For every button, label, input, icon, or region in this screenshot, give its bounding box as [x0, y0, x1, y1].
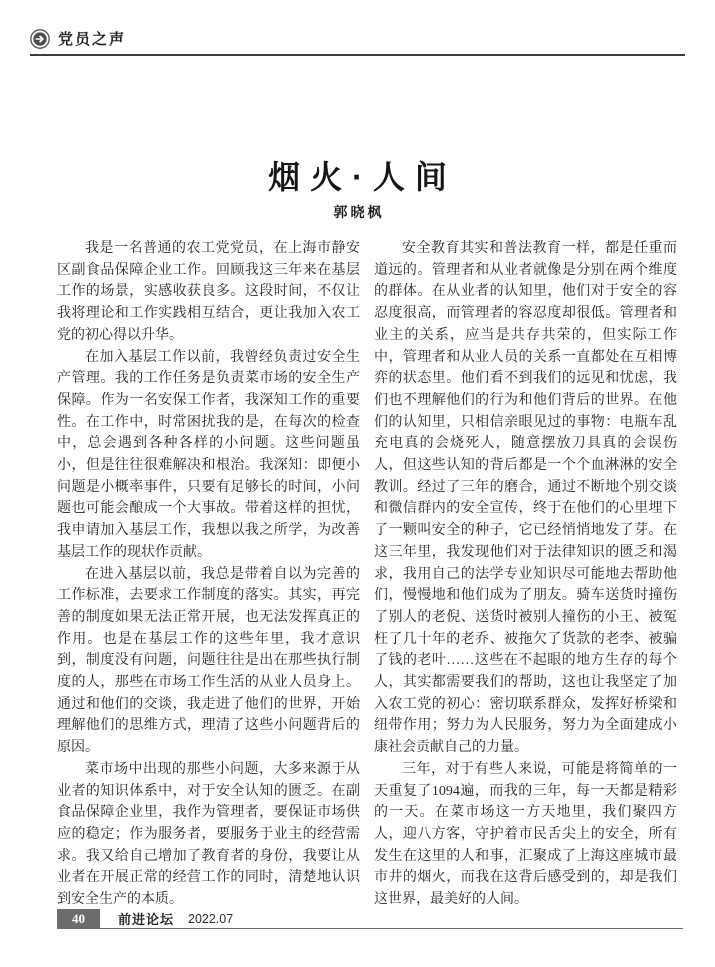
- article-paragraph: 我是一名普通的农工党党员，在上海市静安区副食品保障企业工作。回顾我这三年来在基层…: [57, 238, 360, 347]
- magazine-page: 党员之声 烟火·人间 郭晓枫 我是一名普通的农工党党员，在上海市静安区副食品保障…: [0, 0, 715, 967]
- page-number-badge: 40: [57, 909, 100, 928]
- article-paragraph: 菜市场中出现的那些小问题，大多来源于从业者的知识体系中，对于安全认知的匮乏。在副…: [57, 759, 360, 911]
- article-title: 烟火·人间: [0, 152, 715, 198]
- page-footer: 40 前进论坛 2022.07: [57, 909, 683, 929]
- article-body: 我是一名普通的农工党党员，在上海市静安区副食品保障企业工作。回顾我这三年来在基层…: [57, 238, 677, 916]
- editor-line: 责任编辑 陈晔: [691, 260, 715, 282]
- article-paragraph: 在加入基层工作以前，我曾经负责过安全生产管理。我的工作任务是负责菜市场的安全生产…: [57, 347, 360, 564]
- journal-name: 前进论坛: [118, 909, 174, 928]
- author-note: （作者：农工党上海市政系统支部党员）: [691, 238, 715, 260]
- page-header: 党员之声: [30, 24, 685, 56]
- article-paragraph: 在进入基层以前，我总是带着自以为完善的工作标准，去要求工作制度的落实。其实，再完…: [57, 564, 360, 759]
- article-paragraph: 三年，对于有些人来说，可能是将简单的一天重复了1094遍，而我的三年，每一天都是…: [374, 759, 677, 911]
- issue-date: 2022.07: [188, 909, 233, 928]
- section-label: 党员之声: [58, 28, 126, 49]
- article-paragraph: 安全教育其实和普法教育一样，都是任重而道远的。管理者和从业者就像是分别在两个维度…: [374, 238, 677, 759]
- article-author: 郭晓枫: [0, 202, 715, 222]
- arrow-right-circle-icon: [30, 29, 50, 49]
